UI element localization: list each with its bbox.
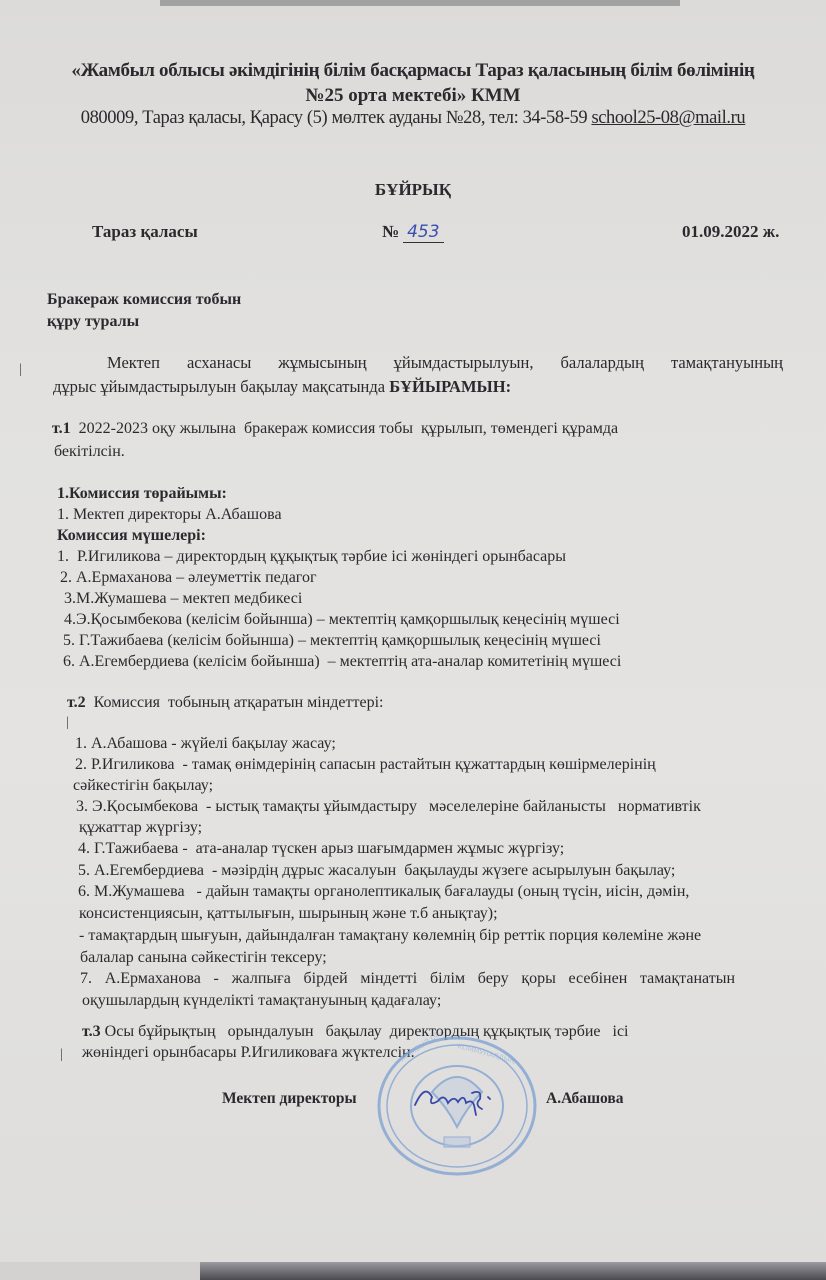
point2-heading-text: Комиссия тобының атқаратын міндеттері: xyxy=(86,694,384,711)
duty-item: 2. Р.Игиликова - тамақ өнімдерінің сапас… xyxy=(75,755,656,776)
commission-members-heading: Комиссия мүшелері: xyxy=(57,526,206,547)
order-number: №453 xyxy=(382,222,444,242)
member-item: 1. Р.Игиликова – директордың құқықтық тә… xyxy=(57,547,566,568)
letterhead-org-line1: «Жамбыл облысы әкімдігінің білім басқарм… xyxy=(0,60,826,82)
point1-text: 2022-2023 оқу жылына бракераж комиссия т… xyxy=(71,420,618,437)
duty-item: 3. Э.Қосымбекова - ыстық тамақты ұйымдас… xyxy=(76,797,701,818)
point3-line2: жөніндегі орынбасары Р.Игиликоваға жүкте… xyxy=(82,1043,415,1064)
subject-line1: Бракераж комиссия тобын xyxy=(47,289,241,311)
duty-item-continued: құжаттар жүргізу; xyxy=(79,818,202,839)
margin-mark: | xyxy=(60,1047,63,1063)
chair-heading-text: 1.Комиссия төрайымы: xyxy=(57,485,227,502)
point3-text: Осы бұйрықтың орындалуын бақылау директо… xyxy=(101,1023,629,1040)
email-link[interactable]: school25-08@mail.ru xyxy=(591,108,745,128)
order-subject: Бракераж комиссия тобын құру туралы xyxy=(47,289,241,333)
member-item: 3.М.Жумашева – мектеп медбикесі xyxy=(64,589,302,610)
point1-line2: бекітілсін. xyxy=(54,441,125,462)
order-city: Тараз қаласы xyxy=(92,222,198,242)
subject-line2: құру туралы xyxy=(47,311,241,333)
intro-line2: дұрыс ұйымдастырылуын бақылау мақсатында… xyxy=(53,376,511,397)
member-item: 4.Э.Қосымбекова (келісім бойынша) – мект… xyxy=(64,610,620,631)
duty-item-continued: оқушылардың күнделікті тамақтануының қад… xyxy=(82,991,441,1012)
duty-item-continued: балалар санына сәйкестігін тексеру; xyxy=(80,948,327,969)
duty-item: 5. А.Егембердиева - мәзірдің дұрыс жасал… xyxy=(78,861,675,882)
duty-item-continued: консистенциясын, қаттылығын, шырының жән… xyxy=(79,904,498,925)
number-sign: № xyxy=(382,222,399,241)
duty-item-continued: сәйкестігін бақылау; xyxy=(73,776,213,797)
commission-chair-heading: 1.Комиссия төрайымы: xyxy=(57,484,227,505)
order-title: БҰЙРЫҚ xyxy=(0,180,826,200)
duty-item: 1. А.Абашова - жүйелі бақылау жасау; xyxy=(75,734,336,755)
member-item: 5. Г.Тажибаева (келісім бойынша) – мекте… xyxy=(63,631,601,652)
margin-mark: | xyxy=(66,715,69,731)
letterhead-address: 080009, Тараз қаласы, Қарасу (5) мөлтек … xyxy=(0,108,826,129)
duty-item: 4. Г.Тажибаева - ата-аналар түскен арыз … xyxy=(78,839,564,860)
point3-line1: т.3 Осы бұйрықтың орындалуын бақылау дир… xyxy=(82,1022,629,1043)
intro-text: дұрыс ұйымдастырылуын бақылау мақсатында xyxy=(53,377,389,396)
point2-label: т.2 xyxy=(67,694,86,711)
order-verb: БҰЙЫРАМЫН: xyxy=(389,377,511,396)
signature-icon xyxy=(410,1075,520,1125)
signature-position: Мектеп директоры xyxy=(222,1089,357,1110)
point2-heading: т.2 Комиссия тобының атқаратын міндеттер… xyxy=(67,693,383,714)
intro-line1: Мектеп асханасы жұмысының ұйымдастырылуы… xyxy=(0,352,783,373)
page-top-shadow xyxy=(160,0,680,6)
duty-item: 7. А.Ермаханова - жалпыға бірдей міндетт… xyxy=(80,969,735,990)
point1-label: т.1 xyxy=(52,420,71,437)
point1-line1: т.1 2022-2023 оқу жылына бракераж комисс… xyxy=(52,418,618,439)
commission-chair: 1. Мектеп директоры А.Абашова xyxy=(57,505,282,526)
duty-item-continued: - тамақтардың шығуын, дайындалған тамақт… xyxy=(79,926,701,947)
member-item: 2. А.Ермаханова – әлеуметтік педагог xyxy=(60,568,317,589)
order-date: 01.09.2022 ж. xyxy=(682,222,779,242)
duty-item: 6. М.Жумашева - дайын тамақты органолепт… xyxy=(78,882,689,903)
member-item: 6. А.Егембердиева (келісім бойынша) – ме… xyxy=(63,652,621,673)
handwritten-order-number: 453 xyxy=(403,222,443,243)
address-text: 080009, Тараз қаласы, Қарасу (5) мөлтек … xyxy=(81,108,592,128)
signature-name: А.Абашова xyxy=(546,1089,624,1110)
letterhead-org-line2: №25 орта мектебі» КММ xyxy=(0,85,826,107)
background-surface xyxy=(0,1262,200,1280)
point3-label: т.3 xyxy=(82,1023,101,1040)
page-bottom-edge xyxy=(200,1262,826,1280)
